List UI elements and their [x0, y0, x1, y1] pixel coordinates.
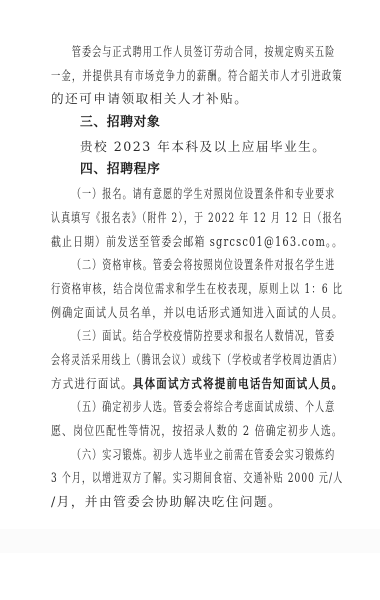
text-line: 管委会与正式聘用工作人员签订劳动合同，按规定购买五险	[51, 40, 261, 64]
document-page: 管委会与正式聘用工作人员签订劳动合同，按规定购买五险 一金，并提供具有市场竞争力…	[51, 40, 343, 514]
step-preliminary-selection: （五）确定初步人选。管委会将综合考虑面试成绩、个人意 愿、岗位匹配性等情况，按招…	[51, 395, 343, 442]
text-line: （二）资格审核。管委会将按照岗位设置条件对报名学生进	[51, 253, 261, 277]
text-line: 方式进行面试。具体面试方式将提前电话告知面试人员。	[51, 372, 293, 396]
section-heading: 三、招聘对象	[51, 111, 343, 135]
section-recruitment-target: 三、招聘对象 贵校 2023 年本科及以上应届毕业生。	[51, 111, 343, 158]
text-line: （五）确定初步人选。管委会将综合考虑面试成绩、个人意	[51, 395, 261, 419]
text-line: 愿、岗位匹配性等情况，按招录人数的 2 倍确定初步人选。	[51, 419, 280, 443]
bold-emphasis: 具体面试方式将提前电话告知面试人员。	[133, 376, 344, 391]
step-registration: （一）报名。请有意愿的学生对照岗位设置条件和专业要求 认真填写《报名表》（附件 …	[51, 182, 343, 253]
text-segment: 方式进行面试。	[51, 376, 133, 391]
text-line: 行资格审核，结合岗位需求和学生在校表现，原则上以 1：6 比	[51, 277, 266, 301]
text-line: 认真填写《报名表》（附件 2），于 2022 年 12 月 12 日（报名	[51, 206, 260, 230]
text-line: 的还可申请领取相关人才补贴。	[51, 87, 343, 111]
step-internship: （六）实习锻炼。初步人选毕业之前需在管委会实习锻炼约 3 个月，以增进双方了解。…	[51, 443, 343, 514]
text-line: 3 个月，以增进双方了解。实习期间食宿、交通补贴 2000 元/人	[51, 466, 260, 490]
text-line: 一金，并提供具有市场竞争力的薪酬。符合韶关市人才引进政策	[51, 64, 267, 88]
section-recruitment-procedure: 四、招聘程序 （一）报名。请有意愿的学生对照岗位设置条件和专业要求 认真填写《报…	[51, 158, 343, 513]
step-interview: （三）面试。结合学校疫情防控要求和报名人数情况，管委 会将灵活采用线上（腾讯会议…	[51, 324, 343, 395]
paragraph-contract: 管委会与正式聘用工作人员签订劳动合同，按规定购买五险 一金，并提供具有市场竞争力…	[51, 40, 343, 111]
text-line: （六）实习锻炼。初步人选毕业之前需在管委会实习锻炼约	[51, 443, 261, 467]
text-line: /月，并由管委会协助解决吃住问题。	[51, 490, 343, 514]
text-line: 贵校 2023 年本科及以上应届毕业生。	[51, 135, 343, 159]
section-heading: 四、招聘程序	[51, 158, 343, 182]
highlight-band	[0, 529, 380, 553]
step-qualification-review: （二）资格审核。管委会将按照岗位设置条件对报名学生进 行资格审核，结合岗位需求和…	[51, 253, 343, 324]
text-line: 会将灵活采用线上（腾讯会议）或线下（学校或者学校周边酒店）	[51, 348, 259, 372]
text-line: 例确定面试人员名单，并以电话形式通知进入面试的人员。	[51, 301, 284, 325]
text-line: （三）面试。结合学校疫情防控要求和报名人数情况，管委	[51, 324, 261, 348]
text-line: （一）报名。请有意愿的学生对照岗位设置条件和专业要求	[51, 182, 261, 206]
text-line: 截止日期）前发送至管委会邮箱 sgrcsc01@163.com。。	[51, 230, 280, 254]
